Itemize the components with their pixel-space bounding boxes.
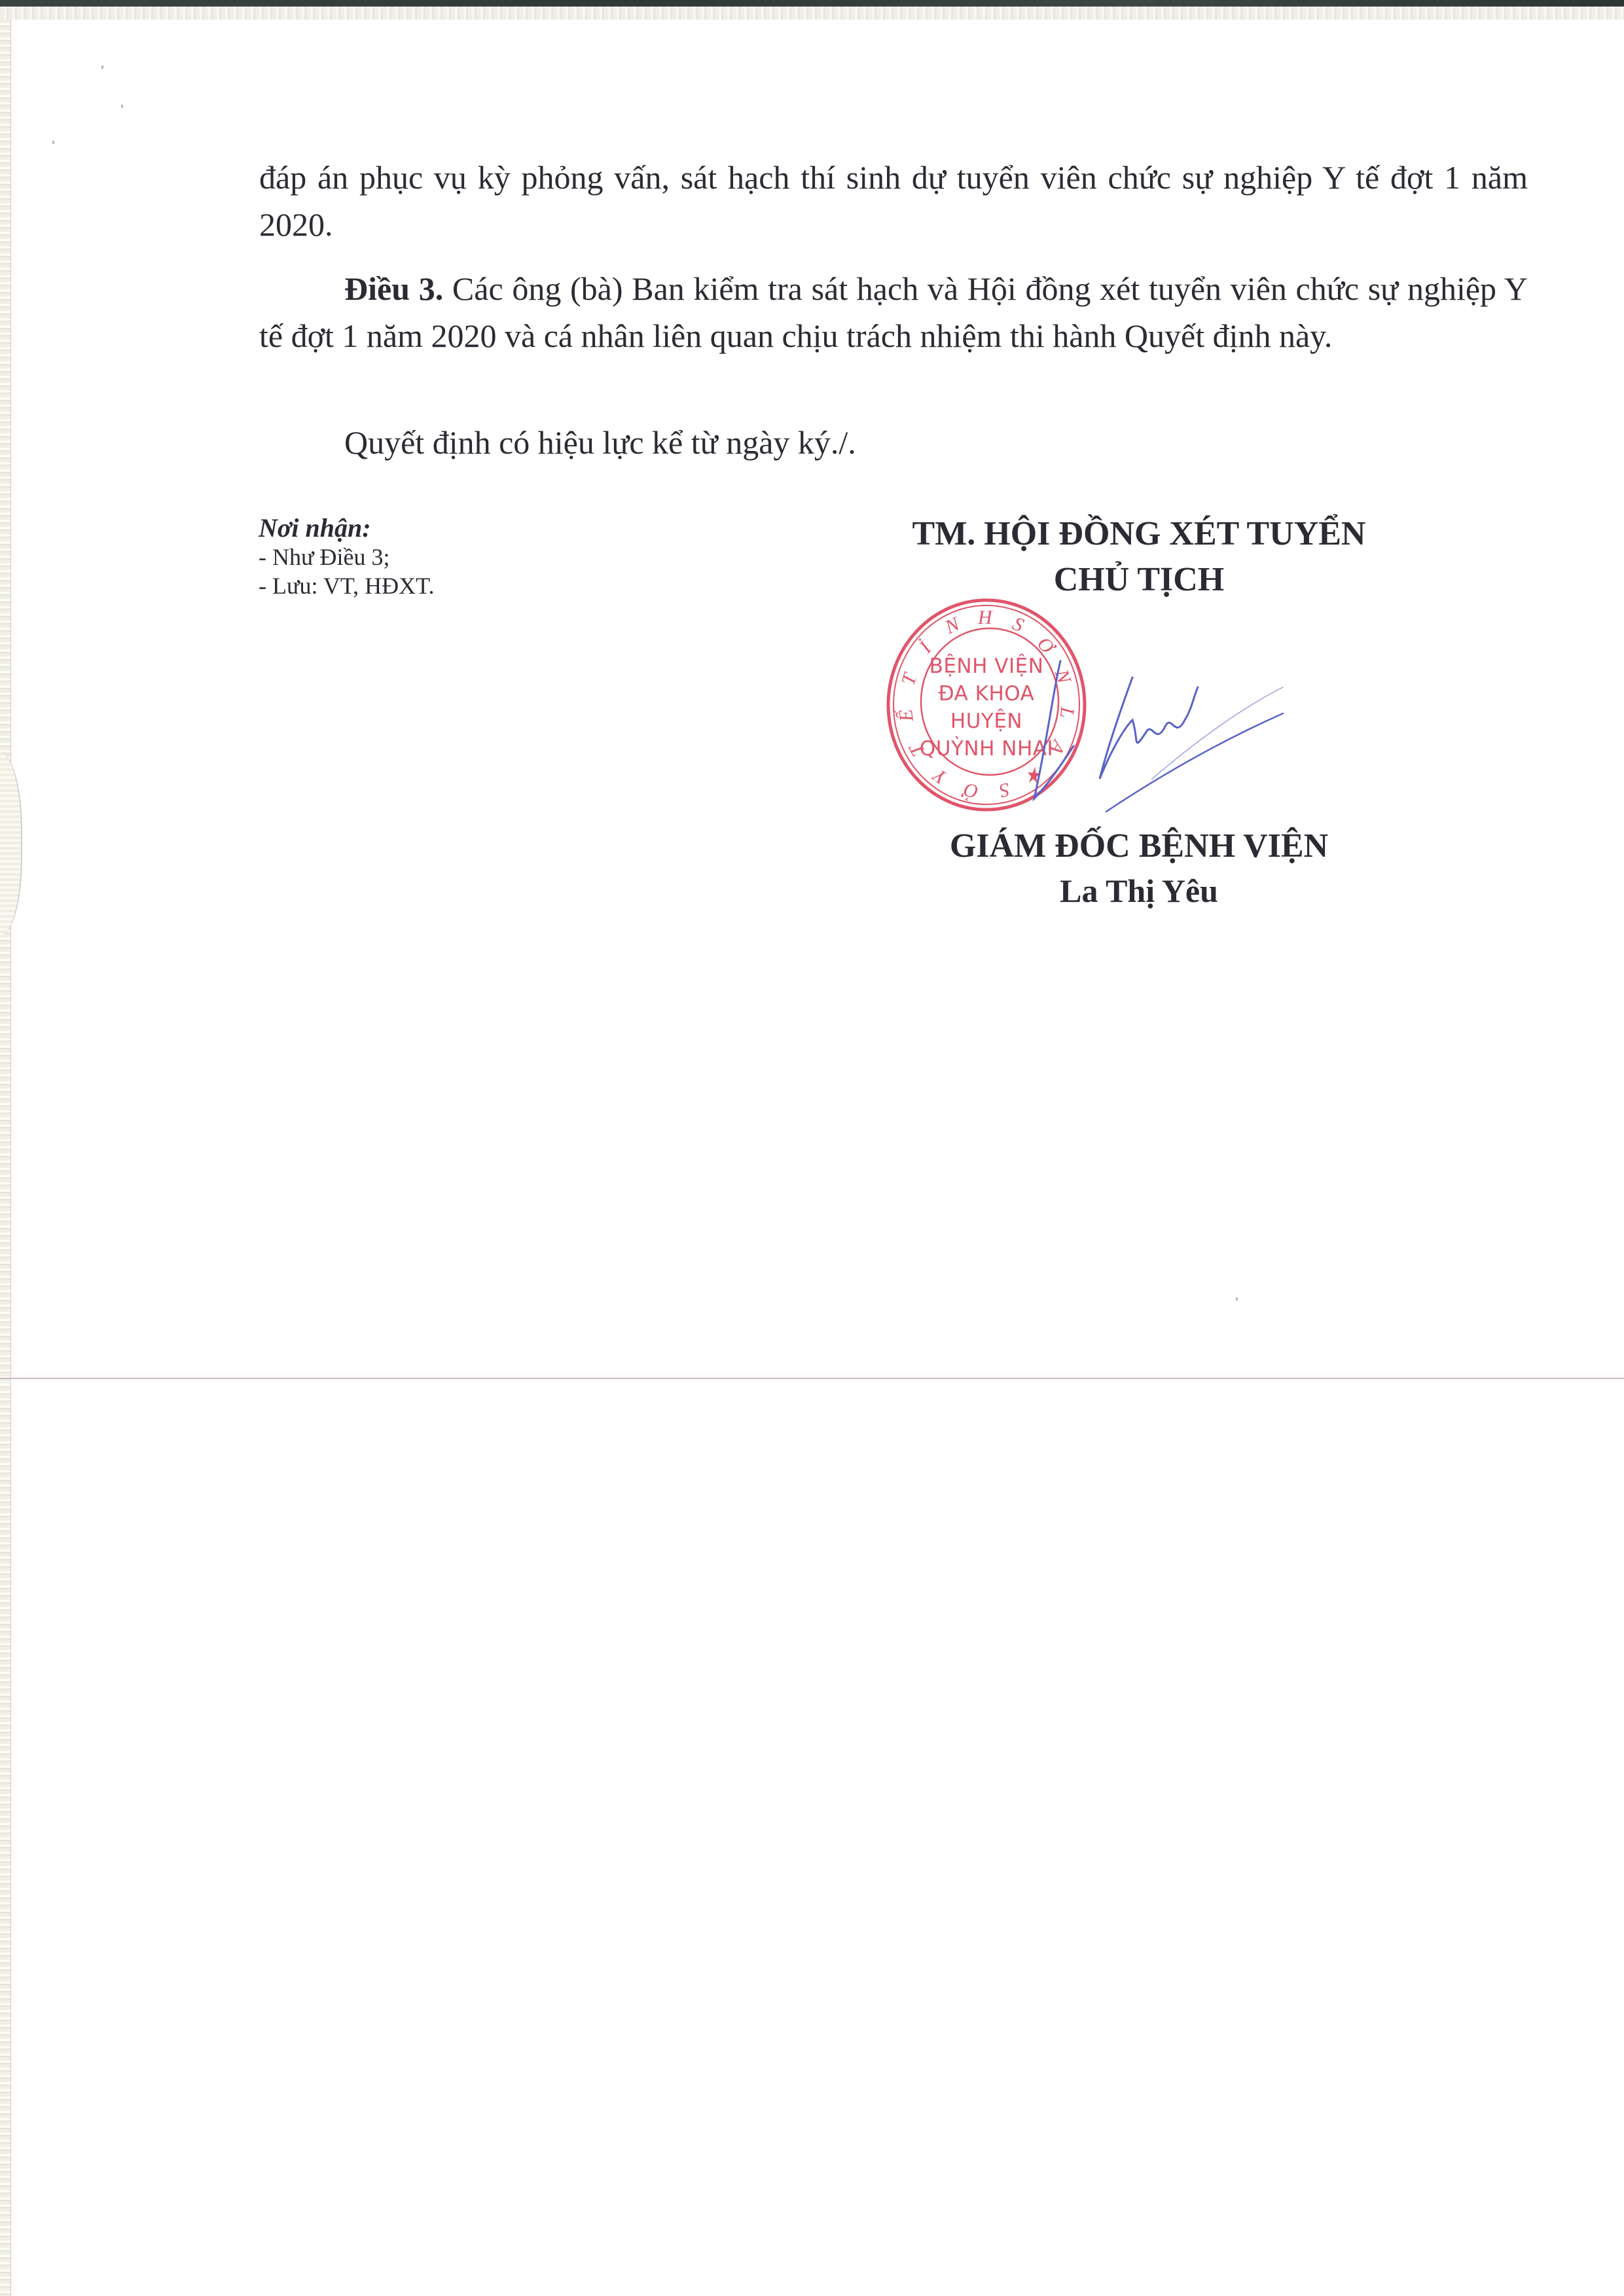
scan-top-strip	[0, 7, 1624, 20]
recipient-item: - Như Điều 3;	[259, 543, 434, 571]
svg-text:S: S	[1009, 613, 1027, 636]
article-3-text: Các ông (bà) Ban kiểm tra sát hạch và Hộ…	[259, 270, 1528, 354]
recipients-title: Nơi nhận:	[259, 514, 434, 543]
signature-on-behalf: TM. HỘI ĐỒNG XÉT TUYỂN	[844, 514, 1434, 554]
scan-speck	[52, 141, 54, 144]
article-3-label: Điều 3.	[344, 270, 443, 307]
paragraph-continuation: đáp án phục vụ kỳ phỏng vấn, sát hạch th…	[259, 154, 1528, 248]
signature-position: GIÁM ĐỐC BỆNH VIỆN	[844, 826, 1434, 867]
scan-speck	[1236, 1297, 1238, 1300]
recipients-block: Nơi nhận: - Như Điều 3; - Lưu: VT, HĐXT.	[259, 514, 434, 600]
scan-left-bulge	[0, 753, 22, 936]
paragraph-effective-date: Quyết định có hiệu lực kể từ ngày ký./.	[259, 419, 1528, 466]
scan-speck	[101, 65, 103, 69]
recipient-item: - Lưu: VT, HĐXT.	[259, 571, 434, 600]
scan-speck	[121, 105, 123, 108]
svg-text:S: S	[998, 778, 1012, 802]
signature-scribble-icon	[1034, 648, 1283, 825]
signer-name: La Thị Yêu	[844, 870, 1434, 911]
page-fold-line	[0, 1378, 1624, 1379]
svg-text:H: H	[977, 607, 994, 628]
scan-left-edge	[0, 20, 11, 2296]
svg-text:Ở: Ở	[960, 778, 980, 802]
paragraph-article-3: Điều 3. Các ông (bà) Ban kiểm tra sát hạ…	[259, 265, 1528, 359]
handwritten-signature	[1034, 648, 1283, 825]
signature-role: CHỦ TỊCH	[844, 560, 1434, 600]
scan-top-border	[0, 0, 1624, 7]
